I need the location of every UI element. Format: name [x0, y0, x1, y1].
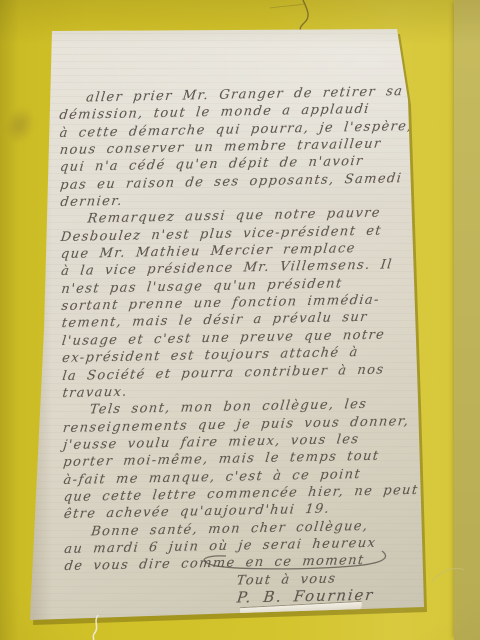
smudge-mark: [1, 103, 39, 148]
letter-body: aller prier Mr. Granger de retirer sadém…: [58, 83, 416, 610]
scratch-mark-icon: [430, 562, 466, 588]
photograph-of-letter: aller prier Mr. Granger de retirer sadém…: [0, 0, 480, 640]
letter-paragraph: aller prier Mr. Granger de retirer sadém…: [58, 83, 411, 211]
background-right-strip: [454, 0, 480, 640]
letter-sheet: aller prier Mr. Granger de retirer sadém…: [26, 26, 430, 626]
signoff-block: Tout à vous P. B. Fournier: [235, 569, 415, 607]
signature-flourish-icon: [186, 547, 396, 573]
loose-thread-icon: [88, 614, 106, 640]
letter-paragraph: Tels sont, mon bon collègue, lesrenseign…: [62, 395, 415, 523]
letter-paragraph: Remarquez aussi que notre pauvreDesboule…: [59, 204, 413, 402]
letter-paragraphs: aller prier Mr. Granger de retirer sadém…: [58, 83, 415, 576]
